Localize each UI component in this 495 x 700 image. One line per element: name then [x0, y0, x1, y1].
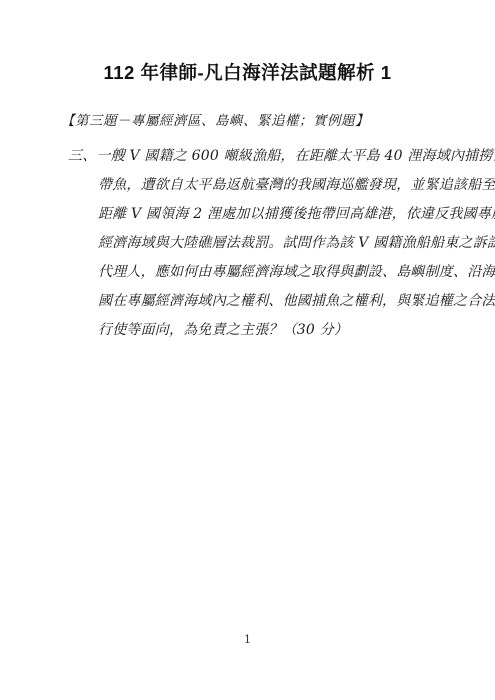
question-line: 三、一艘 V 國籍之 600 噸級漁船，在距離太平島 40 浬海域內捕撈白 — [68, 142, 437, 171]
document-page: 112 年律師-凡白海洋法試題解析 1 【第三題－專屬經濟區、島嶼、緊追權；實例… — [0, 0, 495, 700]
question-line: 距離 V 國領海 2 浬處加以捕獲後拖帶回高雄港，依違反我國專屬 — [98, 200, 437, 229]
question-line: 國在專屬經濟海域內之權利、他國捕魚之權利，與緊追權之合法 — [98, 287, 437, 316]
page-number: 1 — [0, 633, 495, 646]
document-title: 112 年律師-凡白海洋法試題解析 1 — [0, 59, 495, 85]
question-line: 帶魚，遭欲自太平島返航臺灣的我國海巡艦發現，並緊追該船至 — [98, 171, 437, 200]
question-paragraph: 三、一艘 V 國籍之 600 噸級漁船，在距離太平島 40 浬海域內捕撈白 帶魚… — [68, 142, 437, 345]
question-line: 代理人，應如何由專屬經濟海域之取得與劃設、島嶼制度、沿海 — [98, 258, 437, 287]
question-line: 行使等面向，為免責之主張？（30 分） — [98, 316, 437, 345]
question-section-heading: 【第三題－專屬經濟區、島嶼、緊追權；實例題】 — [61, 109, 369, 129]
question-line: 經濟海域與大陸礁層法裁罰。試問作為該 V 國籍漁船船東之訴訟 — [98, 229, 437, 258]
